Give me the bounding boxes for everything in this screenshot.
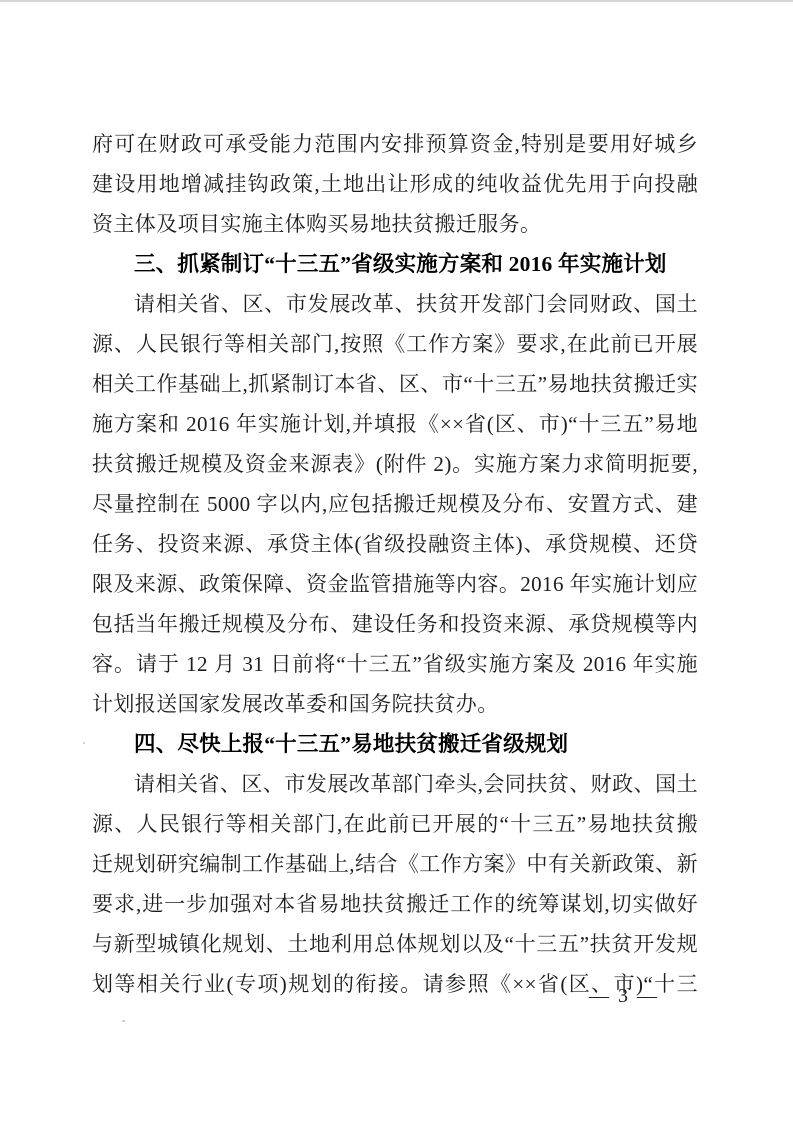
scan-speck (122, 1020, 125, 1022)
text-line: 尽量控制在 5000 字以内,应包括搬迁规模及分布、安置方式、建设 (92, 484, 698, 524)
text-line: 包括当年搬迁规模及分布、建设任务和投资来源、承贷规模等内 (92, 604, 698, 644)
text-line: 与新型城镇化规划、土地利用总体规划以及“十三五”扶贫开发规 (92, 924, 698, 964)
text-line: 容。请于 12 月 31 日前将“十三五”省级实施方案及 2016 年实施 (92, 644, 698, 684)
text-line: 施方案和 2016 年实施计划,并填报《××省(区、市)“十三五”易地 (92, 404, 698, 444)
text-line: 迁规划研究编制工作基础上,结合《工作方案》中有关新政策、新 (92, 844, 698, 884)
text-line: 相关工作基础上,抓紧制订本省、区、市“十三五”易地扶贫搬迁实 (92, 364, 698, 404)
section-heading-three: 三、抓紧制订“十三五”省级实施方案和 2016 年实施计划 (92, 244, 698, 284)
text-line: 任务、投资来源、承贷主体(省级投融资主体)、承贷规模、还贷期 (92, 524, 698, 564)
text-line: 源、人民银行等相关部门,在此前已开展的“十三五”易地扶贫搬 (92, 804, 698, 844)
text-line: 请相关省、区、市发展改革部门牵头,会同扶贫、财政、国土资 (92, 764, 698, 804)
scan-edge-artifact (0, 0, 793, 2)
text-line: 要求,进一步加强对本省易地扶贫搬迁工作的统筹谋划,切实做好 (92, 884, 698, 924)
page-number: — 3 — (589, 984, 669, 1008)
scan-speck (83, 742, 85, 744)
text-line: 请相关省、区、市发展改革、扶贫开发部门会同财政、国土资 (92, 284, 698, 324)
text-line: 资主体及项目实施主体购买易地扶贫搬迁服务。 (92, 204, 698, 244)
text-line: 府可在财政可承受能力范围内安排预算资金,特别是要用好城乡 (92, 124, 698, 164)
document-text-block: 府可在财政可承受能力范围内安排预算资金,特别是要用好城乡 建设用地增减挂钩政策,… (92, 124, 698, 1004)
text-line: 限及来源、政策保障、资金监管措施等内容。2016 年实施计划应 (92, 564, 698, 604)
section-heading-four: 四、尽快上报“十三五”易地扶贫搬迁省级规划 (92, 724, 698, 764)
text-line: 计划报送国家发展改革委和国务院扶贫办。 (92, 684, 698, 724)
document-page: 府可在财政可承受能力范围内安排预算资金,特别是要用好城乡 建设用地增减挂钩政策,… (0, 0, 793, 1122)
text-line: 建设用地增减挂钩政策,土地出让形成的纯收益优先用于向投融 (92, 164, 698, 204)
text-line: 扶贫搬迁规模及资金来源表》(附件 2)。实施方案力求简明扼要, (92, 444, 698, 484)
text-line: 源、人民银行等相关部门,按照《工作方案》要求,在此前已开展的 (92, 324, 698, 364)
